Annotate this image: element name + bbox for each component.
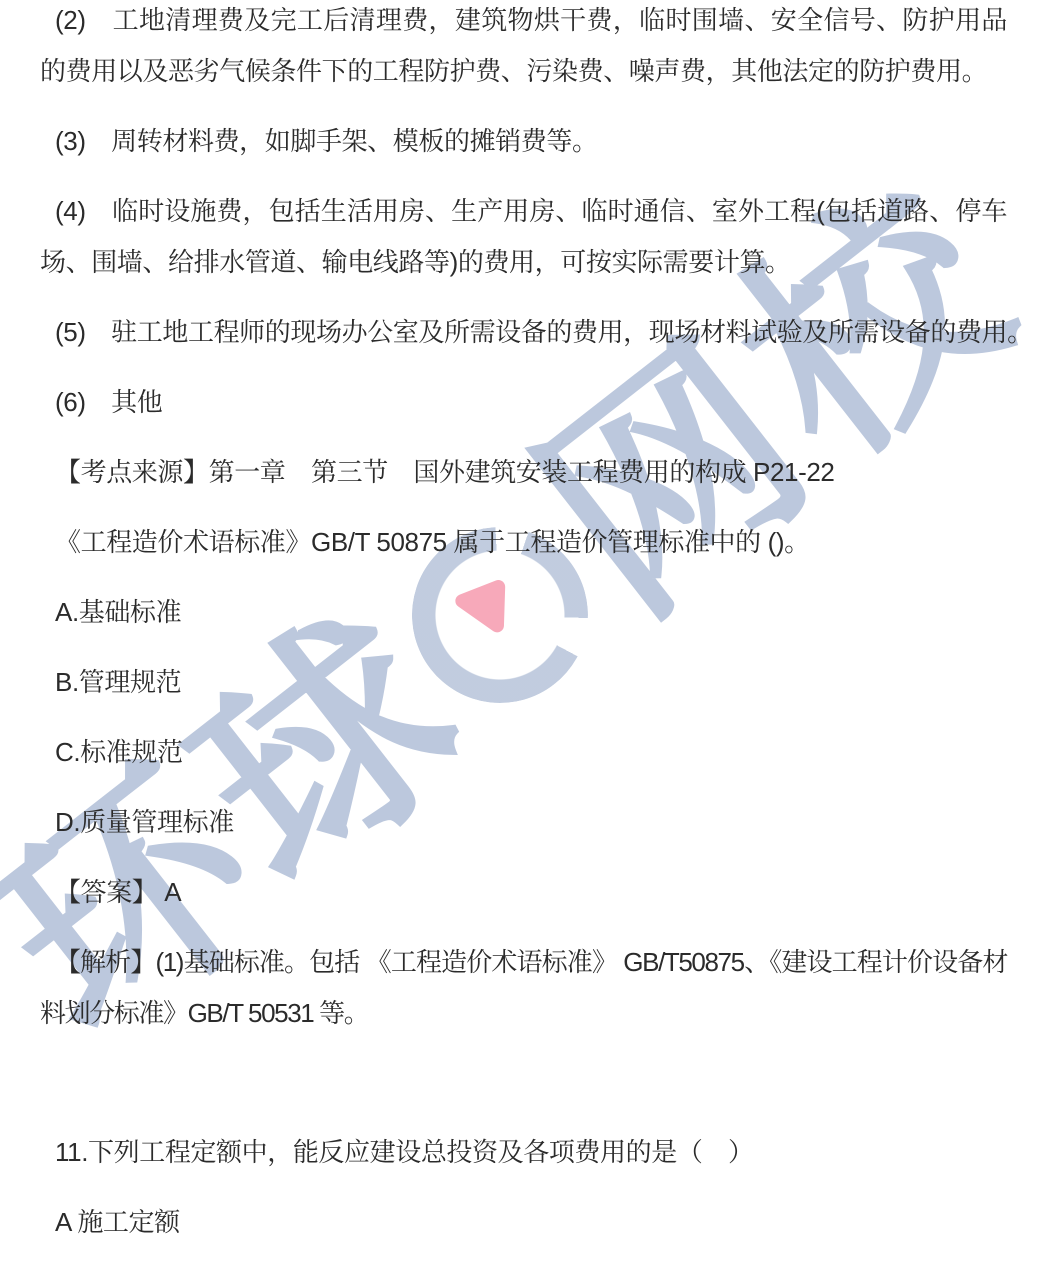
clause-item-5: (5) 驻工地工程师的现场办公室及所需设备的费用，现场材料试验及所需设备的费用。 bbox=[40, 307, 1007, 358]
question-option-c: C.标准规范 bbox=[40, 727, 1007, 778]
question-11-option-a: A 施工定额 bbox=[40, 1197, 1007, 1248]
source-note: 【考点来源】第一章 第三节 国外建筑安装工程费用的构成 P21-22 bbox=[40, 447, 1007, 498]
analysis-line: 【解析】(1)基础标准。包括 《工程造价术语标准》 GB/T50875、《建设工… bbox=[40, 937, 1007, 1039]
question-option-b: B.管理规范 bbox=[40, 657, 1007, 708]
question-11-text: 11.下列工程定额中，能反应建设总投资及各项费用的是（ ） bbox=[40, 1127, 1007, 1178]
clause-item-4: (4) 临时设施费，包括生活用房、生产用房、临时通信、室外工程(包括道路、停车场… bbox=[40, 186, 1007, 288]
clause-item-3: (3) 周转材料费，如脚手架、模板的摊销费等。 bbox=[40, 116, 1007, 167]
answer-line: 【答案】 A bbox=[40, 867, 1007, 918]
question-text: 《工程造价术语标准》GB/T 50875 属于工程造价管理标准中的 ()。 bbox=[40, 517, 1007, 568]
clause-item-6: (6) 其他 bbox=[40, 377, 1007, 428]
document-page: (2) 工地清理费及完工后清理费，建筑物烘干费，临时围墙、安全信号、防护用品的费… bbox=[0, 0, 1062, 1248]
question-option-a: A.基础标准 bbox=[40, 587, 1007, 638]
clause-item-2: (2) 工地清理费及完工后清理费，建筑物烘干费，临时围墙、安全信号、防护用品的费… bbox=[40, 0, 1007, 97]
question-option-d: D.质量管理标准 bbox=[40, 797, 1007, 848]
paragraph-spacer bbox=[40, 1058, 1007, 1127]
